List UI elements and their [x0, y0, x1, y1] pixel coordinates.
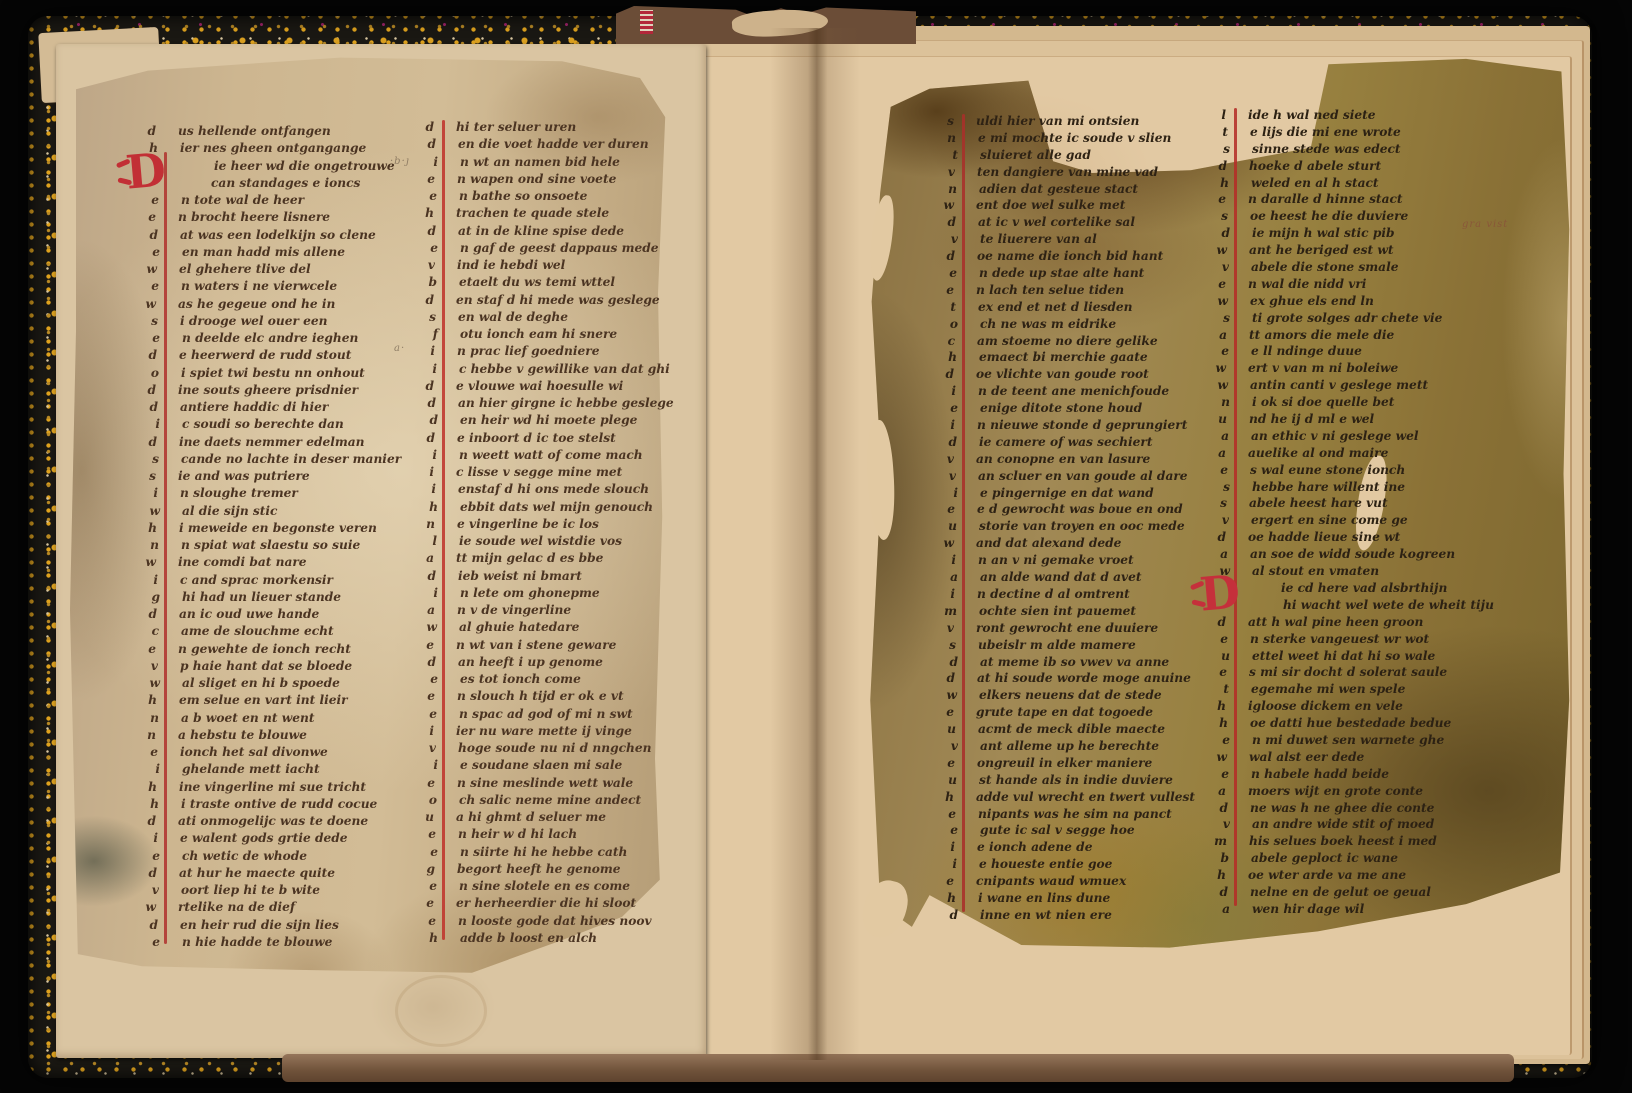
verse-text: hi wacht wel wete de wheit tiju: [1239, 598, 1494, 612]
verse-initial-letter: d: [402, 224, 446, 238]
verse-initial-letter: w: [403, 620, 447, 634]
verse-initial-letter: v: [1199, 513, 1239, 527]
verse-text: a hebstu te blouwe: [166, 728, 307, 742]
red-ruling-line: [962, 114, 965, 912]
verse-text: sinne stede was edect: [1240, 142, 1401, 156]
verse-text: e heerwerd de rudd stout: [167, 348, 351, 362]
verse-text: an heeft i up genome: [446, 655, 603, 669]
verse-initial-letter: e: [924, 283, 964, 297]
verse-text: c soudi so berechte dan: [170, 417, 344, 431]
headband-stitching: [640, 10, 653, 34]
verse-initial-letter: d: [400, 379, 444, 393]
verse-text: n bathe so onsoete: [447, 189, 587, 203]
verse-initial-letter: h: [400, 206, 444, 220]
verse-line: en habele hadd beide: [1199, 767, 1494, 784]
verse-text: en die voet hadde ver duren: [446, 137, 649, 151]
verse-initial-letter: a: [1198, 547, 1238, 561]
verse-initial-letter: d: [402, 655, 446, 669]
verse-text: rtelike na de dief: [166, 900, 295, 914]
verse-line: sti grote solges adr chete vie: [1200, 311, 1495, 328]
verse-text: e walent gods grtie dede: [168, 831, 348, 845]
verse-text: abele die stone smale: [1239, 260, 1398, 274]
verse-line: wal die sijn stic: [126, 504, 402, 521]
verse-text: e vingerline be ic los: [445, 517, 599, 531]
verse-initial-letter: i: [124, 573, 168, 587]
verse-initial-letter: w: [123, 262, 167, 276]
verse-text: nipants was he sim na panct: [966, 807, 1172, 821]
verse-initial-letter: w: [1197, 750, 1237, 764]
verse-line: en dede up stae alte hant: [927, 266, 1198, 283]
verse-text: hi had un lieuer stande: [170, 590, 341, 604]
verse-line: ecnipants waud wmuex: [924, 874, 1195, 891]
verse-text: inne en wt nien ere: [968, 908, 1112, 922]
verse-initial-letter: i: [927, 857, 967, 871]
verse-text: ie heer wd die ongetrouwe: [170, 159, 395, 173]
verse-text: at hur he maecte quite: [167, 866, 335, 880]
verse-initial-letter: d: [122, 814, 166, 828]
verse-line: wwal alst eer dede: [1197, 750, 1492, 767]
verse-initial-letter: e: [401, 172, 445, 186]
verse-text: n hie hadde te blouwe: [170, 935, 332, 949]
verse-line: ee ll ndinge duue: [1199, 344, 1494, 361]
verse-text: ten dangiere van mine vad: [965, 165, 1158, 179]
verse-text: gute ic sal v segge hoe: [968, 823, 1135, 837]
verse-text: er herheerdier die hi sloot: [444, 896, 636, 910]
verse-text: al sliget en hi b spoede: [170, 676, 340, 690]
verse-text: adde b loost en alch: [448, 931, 597, 945]
verse-text: an hier girgne ic hebbe geslege: [446, 396, 674, 410]
verse-initial-letter: l: [403, 534, 447, 548]
verse-initial-letter: v: [926, 469, 966, 483]
verse-initial-letter: e: [402, 914, 446, 928]
verse-initial-letter: d: [123, 348, 167, 362]
verse-text: e soudane slaen mi sale: [448, 758, 622, 772]
verse-text: att h wal pine heen groon: [1236, 615, 1423, 629]
verse-text: ghelande mett iacht: [170, 762, 320, 776]
verse-initial-letter: v: [401, 258, 445, 272]
verse-initial-letter: w: [1198, 294, 1238, 308]
verse-initial-letter: a: [401, 603, 445, 617]
verse-line: uettel weet hi dat hi so wale: [1200, 649, 1495, 666]
verse-initial-letter: w: [1198, 378, 1238, 392]
verse-text: oe heest he die duviere: [1238, 209, 1408, 223]
verse-line: tex end et net d liesden: [926, 300, 1197, 317]
verse-initial-letter: e: [924, 874, 964, 888]
verse-initial-letter: e: [1197, 665, 1237, 679]
verse-text: ubeislr m alde mamere: [966, 638, 1136, 652]
verse-text: el ghehere tlive del: [167, 262, 311, 276]
verse-line: tegemahe mi wen spele: [1199, 682, 1494, 699]
verse-text: c and sprac morkensir: [168, 573, 333, 587]
verse-line: aauelike al ond maire: [1196, 446, 1491, 463]
verse-text: en staf d hi mede was geslege: [444, 293, 660, 307]
verse-text: n nieuwe stonde d geprungiert: [965, 418, 1187, 432]
verse-initial-letter: i: [124, 831, 168, 845]
verse-initial-letter: h: [1198, 716, 1238, 730]
verse-text: abele heest hare vut: [1237, 496, 1388, 510]
verse-initial-letter: w: [1197, 243, 1237, 257]
verse-text: grute tape en dat togoede: [964, 705, 1153, 719]
verse-line: de vlouwe wai hoesulle wi: [400, 379, 672, 396]
verse-initial-letter: e: [122, 210, 166, 224]
verse-text: ochte sien int pauemet: [967, 604, 1136, 618]
verse-initial-letter: n: [926, 131, 966, 145]
verse-line: iier nu ware mette ij vinge: [400, 724, 672, 741]
verse-initial-letter: e: [1199, 767, 1239, 781]
verse-line: in an v ni gemake vroet: [926, 553, 1197, 570]
verse-text: e lijs die mi ene wrote: [1238, 125, 1401, 139]
verse-text: igloose dickem en vele: [1236, 699, 1403, 713]
verse-line: dat hi soude worde moge anuine: [925, 671, 1196, 688]
verse-text: ier nes gheen ontgangange: [168, 141, 366, 155]
verse-line: en daralle d hinne stact: [1196, 192, 1491, 209]
verse-text: as he gegeue ond he in: [166, 297, 335, 311]
verse-text: n sine meslinde wett wale: [445, 776, 633, 790]
verse-initial-letter: i: [926, 553, 966, 567]
verse-line: in dectine d al omtrent: [925, 587, 1196, 604]
verse-initial-letter: a: [400, 551, 444, 565]
verse-initial-letter: e: [402, 827, 446, 841]
verse-text: ent doe wel sulke met: [964, 198, 1125, 212]
verse-initial-letter: d: [400, 120, 444, 134]
verse-initial-letter: i: [402, 482, 446, 496]
verse-text: ergert en sine come ge: [1239, 513, 1408, 527]
verse-initial-letter: w: [924, 536, 964, 550]
verse-text: n wt van i stene geware: [444, 638, 616, 652]
verse-initial-letter: e: [403, 707, 447, 721]
verse-line: ni ok si doe quelle bet: [1200, 395, 1495, 412]
verse-line: ech wetic de whode: [126, 849, 402, 866]
verse-line: ie cd here vad alsbrthijn: [1197, 581, 1492, 598]
verse-line: subeislr m alde mamere: [926, 638, 1197, 655]
verse-line: en hie hadde te blouwe: [126, 935, 402, 952]
verse-initial-letter: h: [926, 891, 966, 905]
verse-text: elkers neuens dat de stede: [967, 688, 1162, 702]
verse-text: n sloughe tremer: [168, 486, 298, 500]
verse-line: ustorie van troyen en ooc mede: [927, 519, 1198, 536]
verse-text: a b woet en nt went: [169, 711, 314, 725]
verse-text: ine comdi bat nare: [166, 555, 307, 569]
verse-initial-letter: e: [1198, 632, 1238, 646]
verse-text: ine vingerline mi sue tricht: [167, 780, 366, 794]
verse-text: ongreuil in elker maniere: [965, 756, 1152, 770]
verse-initial-letter: s: [924, 114, 964, 128]
margin-note: ·b·ȷ: [390, 156, 410, 167]
verse-text: en wal de deghe: [446, 310, 568, 324]
verse-initial-letter: i: [401, 344, 445, 358]
verse-text: antin canti v geslege mett: [1238, 378, 1428, 392]
manuscript-photo: dus hellende ontfangenhier nes gheen ont…: [0, 0, 1632, 1093]
verse-text: ti grote solges adr chete vie: [1240, 311, 1442, 325]
verse-initial-letter: e: [924, 705, 964, 719]
verse-text: al stout en vmaten: [1240, 564, 1379, 578]
verse-text: n sterke vangeuest wr wot: [1238, 632, 1429, 646]
verse-initial-letter: e: [1198, 463, 1238, 477]
verse-line: en wal die nidd vri: [1196, 277, 1491, 294]
verse-initial-letter: d: [124, 918, 168, 932]
verse-line: eongreuil in elker maniere: [925, 756, 1196, 773]
verse-text: at in de kline spise dede: [446, 224, 624, 238]
verse-text: ieb weist ni bmart: [446, 569, 582, 583]
verse-text: nd he ij d ml e wel: [1237, 412, 1374, 426]
verse-line: egrute tape en dat togoede: [924, 705, 1195, 722]
verse-line: aan ethic v ni geslege wel: [1199, 429, 1494, 446]
verse-text: ne was h ne ghee die conte: [1238, 801, 1434, 815]
verse-initial-letter: d: [925, 671, 965, 685]
verse-line: uacmt de meck dible maecte: [926, 722, 1197, 739]
verse-line: en wt van i stene geware: [400, 638, 672, 655]
verse-line: ssinne stede was edect: [1200, 142, 1495, 159]
verse-line: ees tot ionch come: [404, 672, 676, 689]
verse-line: in lete om ghonepme: [404, 586, 676, 603]
verse-text: ie camere of was sechiert: [967, 435, 1152, 449]
verse-initial-letter: v: [402, 741, 446, 755]
verse-text: tt amors die mele die: [1237, 328, 1394, 342]
verse-initial-letter: s: [402, 310, 446, 324]
verse-line: ie pingernige en dat wand: [928, 486, 1199, 503]
verse-initial-letter: s: [125, 452, 169, 466]
verse-initial-letter: v: [124, 659, 168, 673]
verse-initial-letter: h: [927, 350, 967, 364]
verse-line: en sterke vangeuest wr wot: [1198, 632, 1493, 649]
verse-line: sabele heest hare vut: [1197, 496, 1492, 513]
verse-text: ind ie hebdi wel: [445, 258, 565, 272]
verse-line: suldi hier van mi ontsien: [924, 114, 1195, 131]
verse-text: oe datti hue bestedade bedue: [1238, 716, 1451, 730]
verse-line: went doe wel sulke met: [924, 198, 1195, 215]
verse-line: dus hellende ontfangen: [122, 124, 398, 141]
verse-line: ne mi mochte ic soude v slien: [926, 131, 1197, 148]
verse-text: i spiet twi bestu nn onhout: [169, 366, 365, 380]
verse-initial-letter: e: [122, 642, 166, 656]
verse-initial-letter: d: [402, 396, 446, 410]
verse-line: babele geploct ic wane: [1199, 851, 1494, 868]
verse-initial-letter: i: [403, 362, 447, 376]
verse-text: e mi mochte ic soude v slien: [966, 131, 1171, 145]
verse-line: ee d gewrocht was boue en ond: [925, 502, 1196, 519]
verse-line: hoe datti hue bestedade bedue: [1198, 716, 1493, 733]
verse-text: n tote wal de heer: [169, 193, 304, 207]
verse-initial-letter: e: [400, 638, 444, 652]
verse-initial-letter: u: [926, 722, 966, 736]
verse-text: n daralle d hinne stact: [1236, 192, 1403, 206]
verse-text: n dede up stae alte hant: [967, 266, 1144, 280]
verse-text: oe wter arde va me ane: [1236, 868, 1406, 882]
verse-initial-letter: m: [1197, 834, 1237, 848]
verse-initial-letter: d: [123, 435, 167, 449]
verse-initial-letter: t: [1199, 682, 1239, 696]
verse-text: n gewehte de ionch recht: [166, 642, 351, 656]
verse-text: egemahe mi wen spele: [1239, 682, 1405, 696]
verse-line: higloose dickem en vele: [1196, 699, 1491, 716]
verse-text: n spiat wat slaestu so suie: [169, 538, 360, 552]
right-page-column-1: suldi hier van mi ontsienne mi mochte ic…: [926, 114, 1197, 925]
verse-line: in wt an namen bid hele: [404, 155, 676, 172]
verse-initial-letter: e: [925, 502, 965, 516]
verse-text: n dectine d al omtrent: [965, 587, 1130, 601]
verse-initial-letter: c: [125, 624, 169, 638]
verse-initial-letter: i: [925, 840, 965, 854]
verse-text: can standages e ioncs: [167, 176, 360, 190]
verse-text: an andre wide stit of moed: [1240, 817, 1434, 831]
verse-line: dhoeke d abele sturt: [1197, 159, 1492, 176]
verse-line: hi wacht wel wete de wheit tiju: [1199, 598, 1494, 615]
verse-text: am stoeme no diere gelike: [965, 334, 1158, 348]
verse-line: es wal eune stone ionch: [1198, 463, 1493, 480]
verse-text: e pingernige en dat wand: [968, 486, 1154, 500]
verse-text: his selues boek heest i med: [1237, 834, 1437, 848]
verse-initial-letter: v: [1199, 260, 1239, 274]
verse-initial-letter: w: [927, 688, 967, 702]
verse-text: adien dat gesteue stact: [967, 182, 1138, 196]
verse-line: ie heer wd die ongetrouwe: [126, 159, 402, 176]
verse-initial-letter: h: [123, 780, 167, 794]
verse-text: al ghuie hatedare: [447, 620, 579, 634]
verse-text: enige ditote stone houd: [968, 401, 1142, 415]
verse-text: oe vlichte van goude root: [964, 367, 1149, 381]
verse-text: ant alleme up he berechte: [968, 739, 1159, 753]
verse-line: amoers wijt en grote conte: [1196, 784, 1491, 801]
verse-line: den staf d hi mede was geslege: [400, 293, 672, 310]
verse-text: e d gewrocht was boue en ond: [965, 502, 1183, 516]
verse-line: awen hir dage wil: [1200, 902, 1495, 919]
verse-line: en lach ten selue tiden: [924, 283, 1195, 300]
verse-initial-letter: e: [403, 189, 447, 203]
verse-line: en gaf de geest dappaus mede: [404, 241, 676, 258]
verse-text: n an v ni gemake vroet: [966, 553, 1134, 567]
verse-line: aan alde wand dat d avet: [928, 570, 1199, 587]
right-page-column-2: lide h wal ned sietete lijs die mi ene w…: [1198, 108, 1493, 919]
verse-text: n deelde elc andre ieghen: [170, 331, 358, 345]
verse-initial-letter: h: [123, 521, 167, 535]
verse-text: e inboort d ic toe stelst: [445, 431, 616, 445]
verse-text: n weett watt of come mach: [447, 448, 643, 462]
verse-text: n slouch h tijd er ok e vt: [445, 689, 624, 703]
verse-text: i wane en lins dune: [966, 891, 1110, 905]
verse-initial-letter: e: [1199, 344, 1239, 358]
verse-initial-letter: n: [125, 711, 169, 725]
verse-text: al die sijn stic: [170, 504, 277, 518]
verse-initial-letter: t: [926, 300, 966, 314]
verse-initial-letter: a: [1199, 429, 1239, 443]
verse-initial-letter: d: [1198, 885, 1238, 899]
verse-line: wal sliget en hi b spoede: [126, 676, 402, 693]
verse-line: vte liuerere van al: [928, 232, 1199, 249]
verse-line: vergert en sine come ge: [1199, 513, 1494, 530]
verse-line: ua hi ghmt d seluer me: [400, 810, 672, 827]
verse-initial-letter: n: [122, 728, 166, 742]
verse-text: ie mijn h wal stic pib: [1240, 226, 1395, 240]
verse-initial-letter: v: [924, 621, 964, 635]
verse-line: dat ic v wel cortelike sal: [926, 215, 1197, 232]
verse-initial-letter: o: [125, 366, 169, 380]
verse-text: hebbe hare willent ine: [1240, 480, 1405, 494]
verse-text: n gaf de geest dappaus mede: [448, 241, 659, 255]
verse-line: mochte sien int pauemet: [927, 604, 1198, 621]
verse-text: n looste gode dat hives noov: [446, 914, 652, 928]
margin-note: a·: [394, 343, 405, 354]
verse-line: hi wane en lins dune: [926, 891, 1197, 908]
verse-text: en heir rud die sijn lies: [168, 918, 339, 932]
verse-initial-letter: d: [1196, 530, 1236, 544]
verse-initial-letter: v: [924, 452, 964, 466]
verse-initial-letter: a: [1197, 328, 1237, 342]
verse-text: n prac lief goedniere: [445, 344, 599, 358]
verse-line: ie soudane slaen mi sale: [404, 758, 676, 775]
verse-line: vant alleme up he berechte: [928, 739, 1199, 756]
verse-initial-letter: e: [401, 776, 445, 790]
verse-line: wert v van m ni boleiwe: [1196, 361, 1491, 378]
verse-initial-letter: e: [403, 879, 447, 893]
verse-initial-letter: e: [927, 266, 967, 280]
verse-text: n habele hadd beide: [1239, 767, 1389, 781]
verse-text: n brocht heere lisnere: [166, 210, 330, 224]
verse-line: wand dat alexand dede: [924, 536, 1195, 553]
verse-text: nelne en de gelut oe geual: [1238, 885, 1431, 899]
verse-line: hadde b loost en alch: [404, 931, 676, 948]
verse-text: ie and was putriere: [166, 469, 310, 483]
verse-text: i meweide en begonste veren: [167, 521, 377, 535]
verse-line: vten dangiere van mine vad: [925, 165, 1196, 182]
verse-initial-letter: l: [1196, 108, 1236, 122]
verse-text: ier nu ware mette ij vinge: [444, 724, 632, 738]
verse-line: att amors die mele die: [1197, 328, 1492, 345]
verse-initial-letter: u: [927, 773, 967, 787]
verse-initial-letter: i: [925, 418, 965, 432]
verse-initial-letter: d: [123, 866, 167, 880]
verse-line: van scluer en van goude al dare: [926, 469, 1197, 486]
verse-text: hoge soude nu ni d nngchen: [446, 741, 651, 755]
verse-initial-letter: g: [401, 862, 445, 876]
verse-text: n de teent ane menichfoude: [966, 384, 1169, 398]
verse-text: antiere haddic di hier: [168, 400, 328, 414]
verse-text: tt mijn gelac d es bbe: [444, 551, 603, 565]
verse-initial-letter: h: [1196, 699, 1236, 713]
verse-line: en siirte hi he hebbe cath: [404, 845, 676, 862]
verse-initial-letter: e: [1196, 192, 1236, 206]
verse-line: te lijs die mi ene wrote: [1198, 125, 1493, 142]
verse-initial-letter: e: [1196, 277, 1236, 291]
verse-text: acmt de meck dible maecte: [966, 722, 1165, 736]
verse-text: e ll ndinge duue: [1239, 344, 1362, 358]
verse-text: n v de vingerline: [445, 603, 571, 617]
stain-ring: [395, 975, 487, 1047]
verse-text: i traste ontive de rudd cocue: [169, 797, 377, 811]
verse-text: n lete om ghonepme: [448, 586, 600, 600]
verse-line: htrachen te quade stele: [400, 206, 672, 223]
verse-initial-letter: d: [1197, 159, 1237, 173]
verse-text: n wapen ond sine voete: [445, 172, 616, 186]
verse-line: hoe wter arde va me ane: [1196, 868, 1491, 885]
verse-line: hadde vul wrecht en twert vullest: [924, 790, 1195, 807]
verse-initial-letter: h: [125, 797, 169, 811]
verse-text: storie van troyen en ooc mede: [967, 519, 1185, 533]
verse-text: at was een lodelkijn so clene: [168, 228, 376, 242]
verse-text: begort heeft he genome: [445, 862, 620, 876]
verse-initial-letter: e: [926, 807, 966, 821]
verse-text: e ionch adene de: [965, 840, 1092, 854]
verse-line: die camere of was sechiert: [927, 435, 1198, 452]
verse-initial-letter: u: [400, 810, 444, 824]
verse-text: n spac ad god of mi n swt: [447, 707, 633, 721]
verse-line: ghi had un lieuer stande: [126, 590, 402, 607]
verse-line: ust hande als in indie duviere: [927, 773, 1198, 790]
verse-initial-letter: a: [1196, 446, 1236, 460]
verse-text: en heir wd hi moete plege: [448, 413, 637, 427]
verse-text: cnipants waud wmuex: [964, 874, 1126, 888]
verse-text: ebbit dats wel mijn genouch: [448, 500, 653, 514]
verse-initial-letter: u: [1197, 412, 1237, 426]
